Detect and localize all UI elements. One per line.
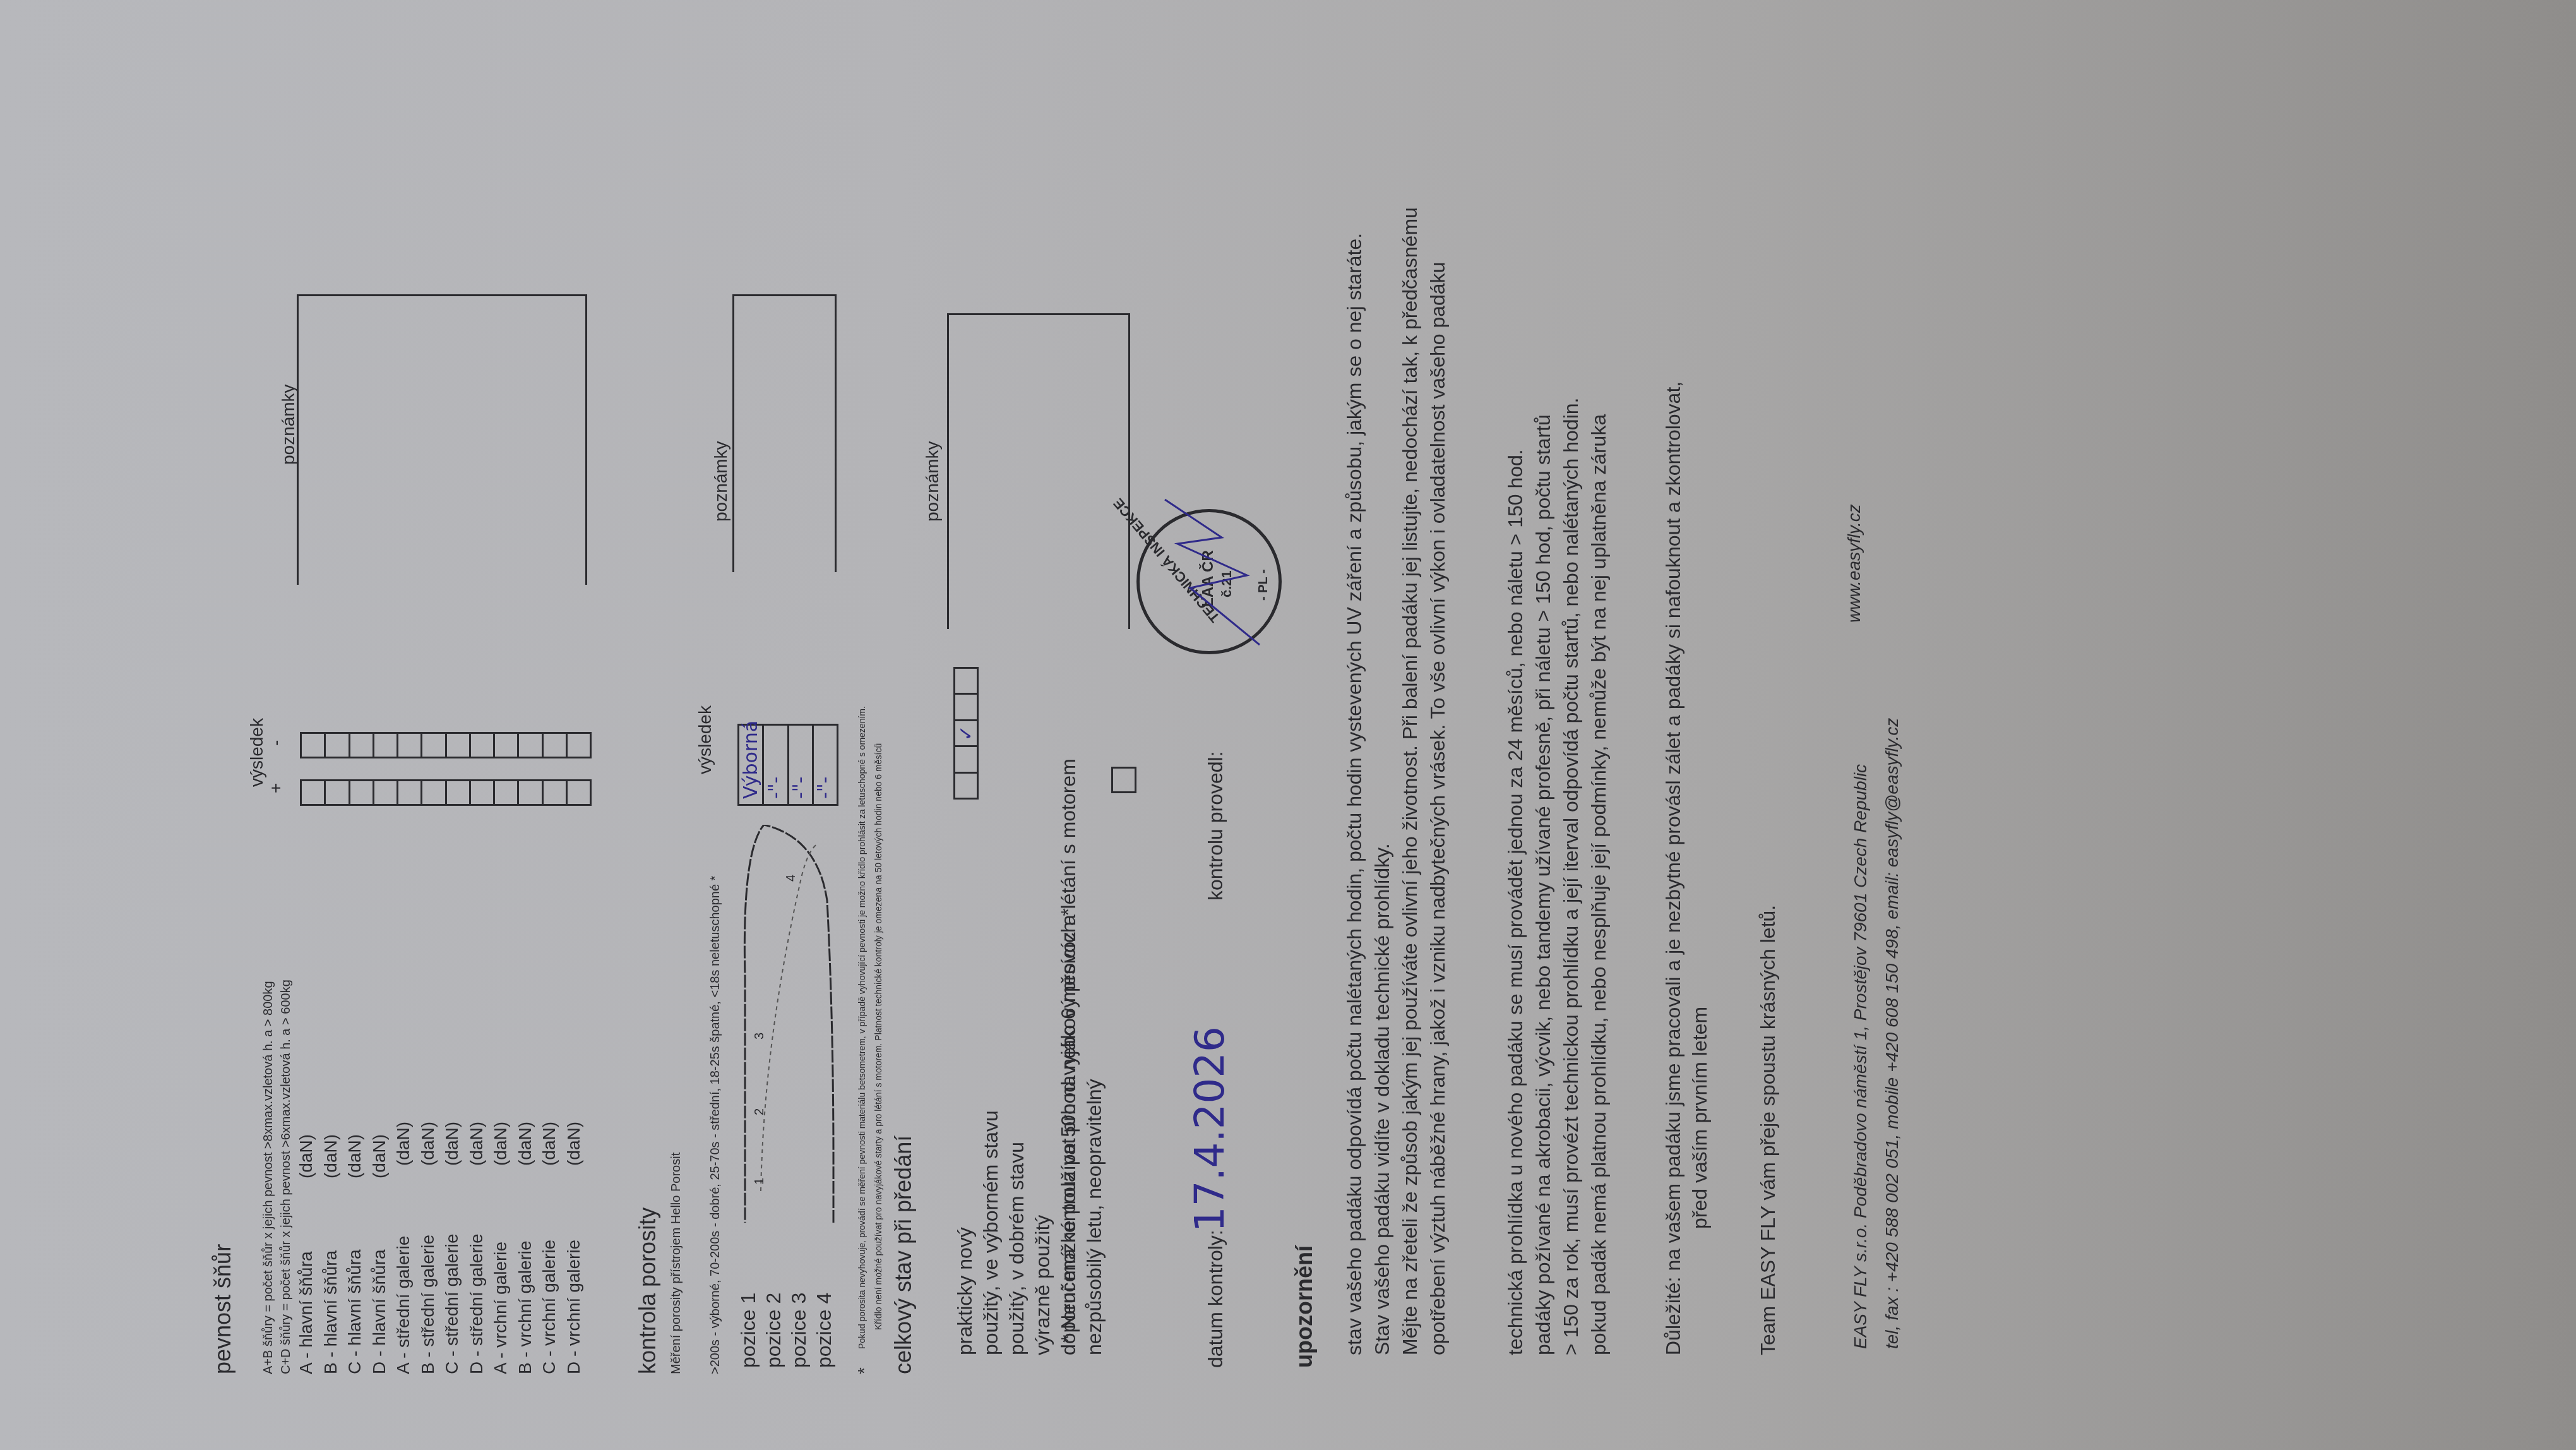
porosity-positions: pozice 1pozice 2pozice 3pozice 4 <box>736 1293 837 1368</box>
formula-cd: C+D šňůry = počet šňůr x jejich pevnost … <box>278 980 294 1374</box>
warning-title: upozornění <box>1291 1245 1318 1368</box>
date-label: datum kontroly: <box>1203 1230 1229 1368</box>
warning-line: technická prohlídka u nového padáku se m… <box>1503 398 1530 1355</box>
porosity-scale: >200s - výborné, 70-200s - dobré, 25-70s… <box>707 876 724 1374</box>
line-strength-row: C - hlavní šňůra(daN) <box>344 1233 369 1374</box>
overall-option-checkbox[interactable] <box>955 693 977 719</box>
warning-line: stav vašeho padáku odpovídá počtu naléta… <box>1342 207 1369 1355</box>
porosity-footnote-1: Pokud porosita nevyhovuje, provádí se mě… <box>857 706 867 1349</box>
inspector-label: kontrolu provedl: <box>1203 751 1229 901</box>
line-strength-row: C - vrchní galerie(daN) <box>539 1233 563 1374</box>
porosity-result-label: výsledek <box>695 705 716 774</box>
porosity-result-3[interactable]: -"- <box>789 726 814 804</box>
line-name: B - vrchní galerie <box>515 1240 535 1374</box>
line-name: B - hlavní šňůra <box>321 1250 340 1374</box>
line-strength-row: D - vrchní galerie(daN) <box>563 1233 588 1374</box>
warning-line: Mějte na zřeteli že způsob jakým jej pou… <box>1397 207 1425 1355</box>
line-name: B - střední galerie <box>418 1235 438 1374</box>
line-notes-box[interactable] <box>297 294 587 585</box>
diagram-label-1: 1 <box>751 1178 768 1185</box>
line-name: D - střední galerie <box>467 1233 486 1374</box>
overall-title: celkový stav při předání <box>890 1135 917 1374</box>
line-strength-row: B - vrchní galerie(daN) <box>515 1233 539 1374</box>
unit-label: (daN) <box>563 1122 585 1166</box>
warning-line: padáky požívané na akrobacii, výcvik, ne… <box>1530 398 1558 1355</box>
unit-label: (daN) <box>490 1122 511 1166</box>
unit-label: (daN) <box>515 1122 536 1166</box>
unit-label: (daN) <box>393 1122 414 1166</box>
unit-label: (daN) <box>417 1122 439 1166</box>
minus-label: - <box>265 740 287 746</box>
line-name: A - hlavní šňůra <box>296 1251 316 1374</box>
line-name: A - vrchní galerie <box>491 1242 510 1374</box>
rotated-document-page: pevnost šňůr A+B šňůry = počet šňůr x je… <box>0 0 1989 1450</box>
porosity-position-label: pozice 1 <box>736 1293 761 1368</box>
company-address: EASY FLY s.r.o. Poděbradovo náměstí 1, P… <box>1850 764 1871 1349</box>
porosity-result-column[interactable]: Výborná -"- -"- -"- <box>737 724 838 806</box>
line-strength-row: D - střední galerie(daN) <box>466 1233 491 1374</box>
plus-result-column[interactable] <box>300 779 592 806</box>
line-name: D - vrchní galerie <box>564 1240 583 1374</box>
line-strength-title: pevnost šňůr <box>210 1244 236 1374</box>
porosity-title: kontrola porosity <box>635 1207 661 1374</box>
motor-note: * Není možné používat pro navyjákový pro… <box>1056 758 1082 1343</box>
diagram-label-4: 4 <box>783 875 799 882</box>
important-note: Důležité: na vašem padáku jsme pracovali… <box>1661 381 1686 1355</box>
diagram-label-2: 2 <box>751 1108 768 1115</box>
check-icon: ✓ <box>955 725 977 741</box>
porosity-position-label: pozice 4 <box>811 1293 837 1368</box>
line-strength-row: B - hlavní šňůra(daN) <box>320 1233 345 1374</box>
plus-label: + <box>265 783 287 793</box>
line-name: C - vrchní galerie <box>539 1240 559 1374</box>
date-value[interactable]: 17.4.2026 <box>1187 1026 1234 1232</box>
overall-checkbox-row: ✓ <box>953 667 979 800</box>
overall-option-label: výrazně použitý <box>1030 908 1056 1355</box>
overall-option-checkbox[interactable] <box>955 745 977 771</box>
line-strength-row: A - hlavní šňůra(daN) <box>295 1233 320 1374</box>
porosity-position-label: pozice 3 <box>786 1293 811 1368</box>
unit-label: (daN) <box>369 1134 390 1178</box>
line-name: A - střední galerie <box>393 1236 413 1374</box>
warning-line: Stav vašeho padáku vidíte v dokladu tech… <box>1369 207 1397 1355</box>
porosity-position-label: pozice 2 <box>761 1293 786 1368</box>
formula-ab: A+B šňůry = počet šňůr x jejich pevnost … <box>260 981 277 1374</box>
porosity-result-4[interactable]: -"- <box>814 726 837 804</box>
line-name: C - hlavní šňůra <box>345 1249 364 1374</box>
warning-line: pokud padák nemá platnou prohlídku, nebo… <box>1586 398 1614 1355</box>
porosity-method: Měření porosity přístrojem Hello Porosit <box>668 1153 684 1374</box>
unit-label: (daN) <box>466 1122 487 1166</box>
overall-notes-box[interactable] <box>947 313 1130 629</box>
minus-result-column[interactable] <box>300 732 592 758</box>
overall-option-label: prakticky nový <box>952 908 978 1355</box>
line-name: D - hlavní šňůra <box>369 1249 389 1374</box>
unairworthy-label: nezpůsobilý letu, neopravitelný <box>1082 1079 1107 1355</box>
wing-diagram-icon <box>739 825 859 1229</box>
line-strength-rows: A - hlavní šňůra(daN)B - hlavní šňůra(da… <box>295 1233 587 1374</box>
unit-label: (daN) <box>295 1134 317 1178</box>
warning-paragraph-1: stav vašeho padáku odpovídá počtu naléta… <box>1342 207 1453 1355</box>
porosity-asterisk: * <box>854 1367 875 1374</box>
line-notes-label: poznámky <box>278 384 299 465</box>
unairworthy-checkbox[interactable] <box>1111 767 1136 793</box>
line-strength-row: A - vrchní galerie(daN) <box>490 1233 515 1374</box>
inspection-stamp: TECHNICKÁ INSPEKCE LAA ČR č.21 - PL - <box>1136 509 1282 654</box>
line-name: C - střední galerie <box>442 1233 462 1374</box>
line-result-label: výsledek <box>246 718 268 787</box>
overall-notes-label: poznámky <box>922 441 943 522</box>
porosity-result-2[interactable]: -"- <box>764 726 789 804</box>
overall-option-checkbox[interactable]: ✓ <box>955 719 977 745</box>
warning-line: > 150 za rok, musí provézt technickou pr… <box>1558 398 1586 1355</box>
unit-label: (daN) <box>539 1122 560 1166</box>
line-strength-row: C - střední galerie(daN) <box>441 1233 466 1374</box>
line-strength-row: A - střední galerie(daN) <box>393 1233 417 1374</box>
unit-label: (daN) <box>441 1122 463 1166</box>
unit-label: (daN) <box>344 1134 366 1178</box>
overall-option-label: použitý, ve výborném stavu <box>978 908 1004 1355</box>
company-contacts[interactable]: tel, fax : +420 588 002 051, mobile +420… <box>1881 718 1903 1349</box>
diagram-label-3: 3 <box>751 1033 768 1040</box>
overall-option-checkbox[interactable] <box>955 772 977 798</box>
team-greeting: Team EASY FLY vám přeje spoustu krásných… <box>1755 905 1781 1355</box>
porosity-footnote-2: Křídlo není možné používat pro navyjákov… <box>873 743 883 1330</box>
overall-option-label: použitý, v dobrém stavu <box>1004 908 1030 1355</box>
warning-paragraph-2: technická prohlídka u nového padáku se m… <box>1503 398 1614 1355</box>
porosity-notes-label: poznámky <box>710 441 732 522</box>
line-strength-row: B - střední galerie(daN) <box>417 1233 442 1374</box>
unit-label: (daN) <box>320 1134 342 1178</box>
porosity-result-1[interactable]: Výborná <box>739 726 764 804</box>
line-strength-row: D - hlavní šňůra(daN) <box>369 1233 393 1374</box>
important-note-2: před vaším prvním letem <box>1687 1007 1713 1229</box>
signature-icon <box>1152 493 1291 664</box>
company-website[interactable]: www.easyfly.cz <box>1844 504 1865 623</box>
porosity-notes-box[interactable] <box>732 294 837 572</box>
overall-option-checkbox[interactable] <box>955 669 977 693</box>
warning-line: opotřebení výztuh náběžné hrany, jakož i… <box>1425 207 1453 1355</box>
